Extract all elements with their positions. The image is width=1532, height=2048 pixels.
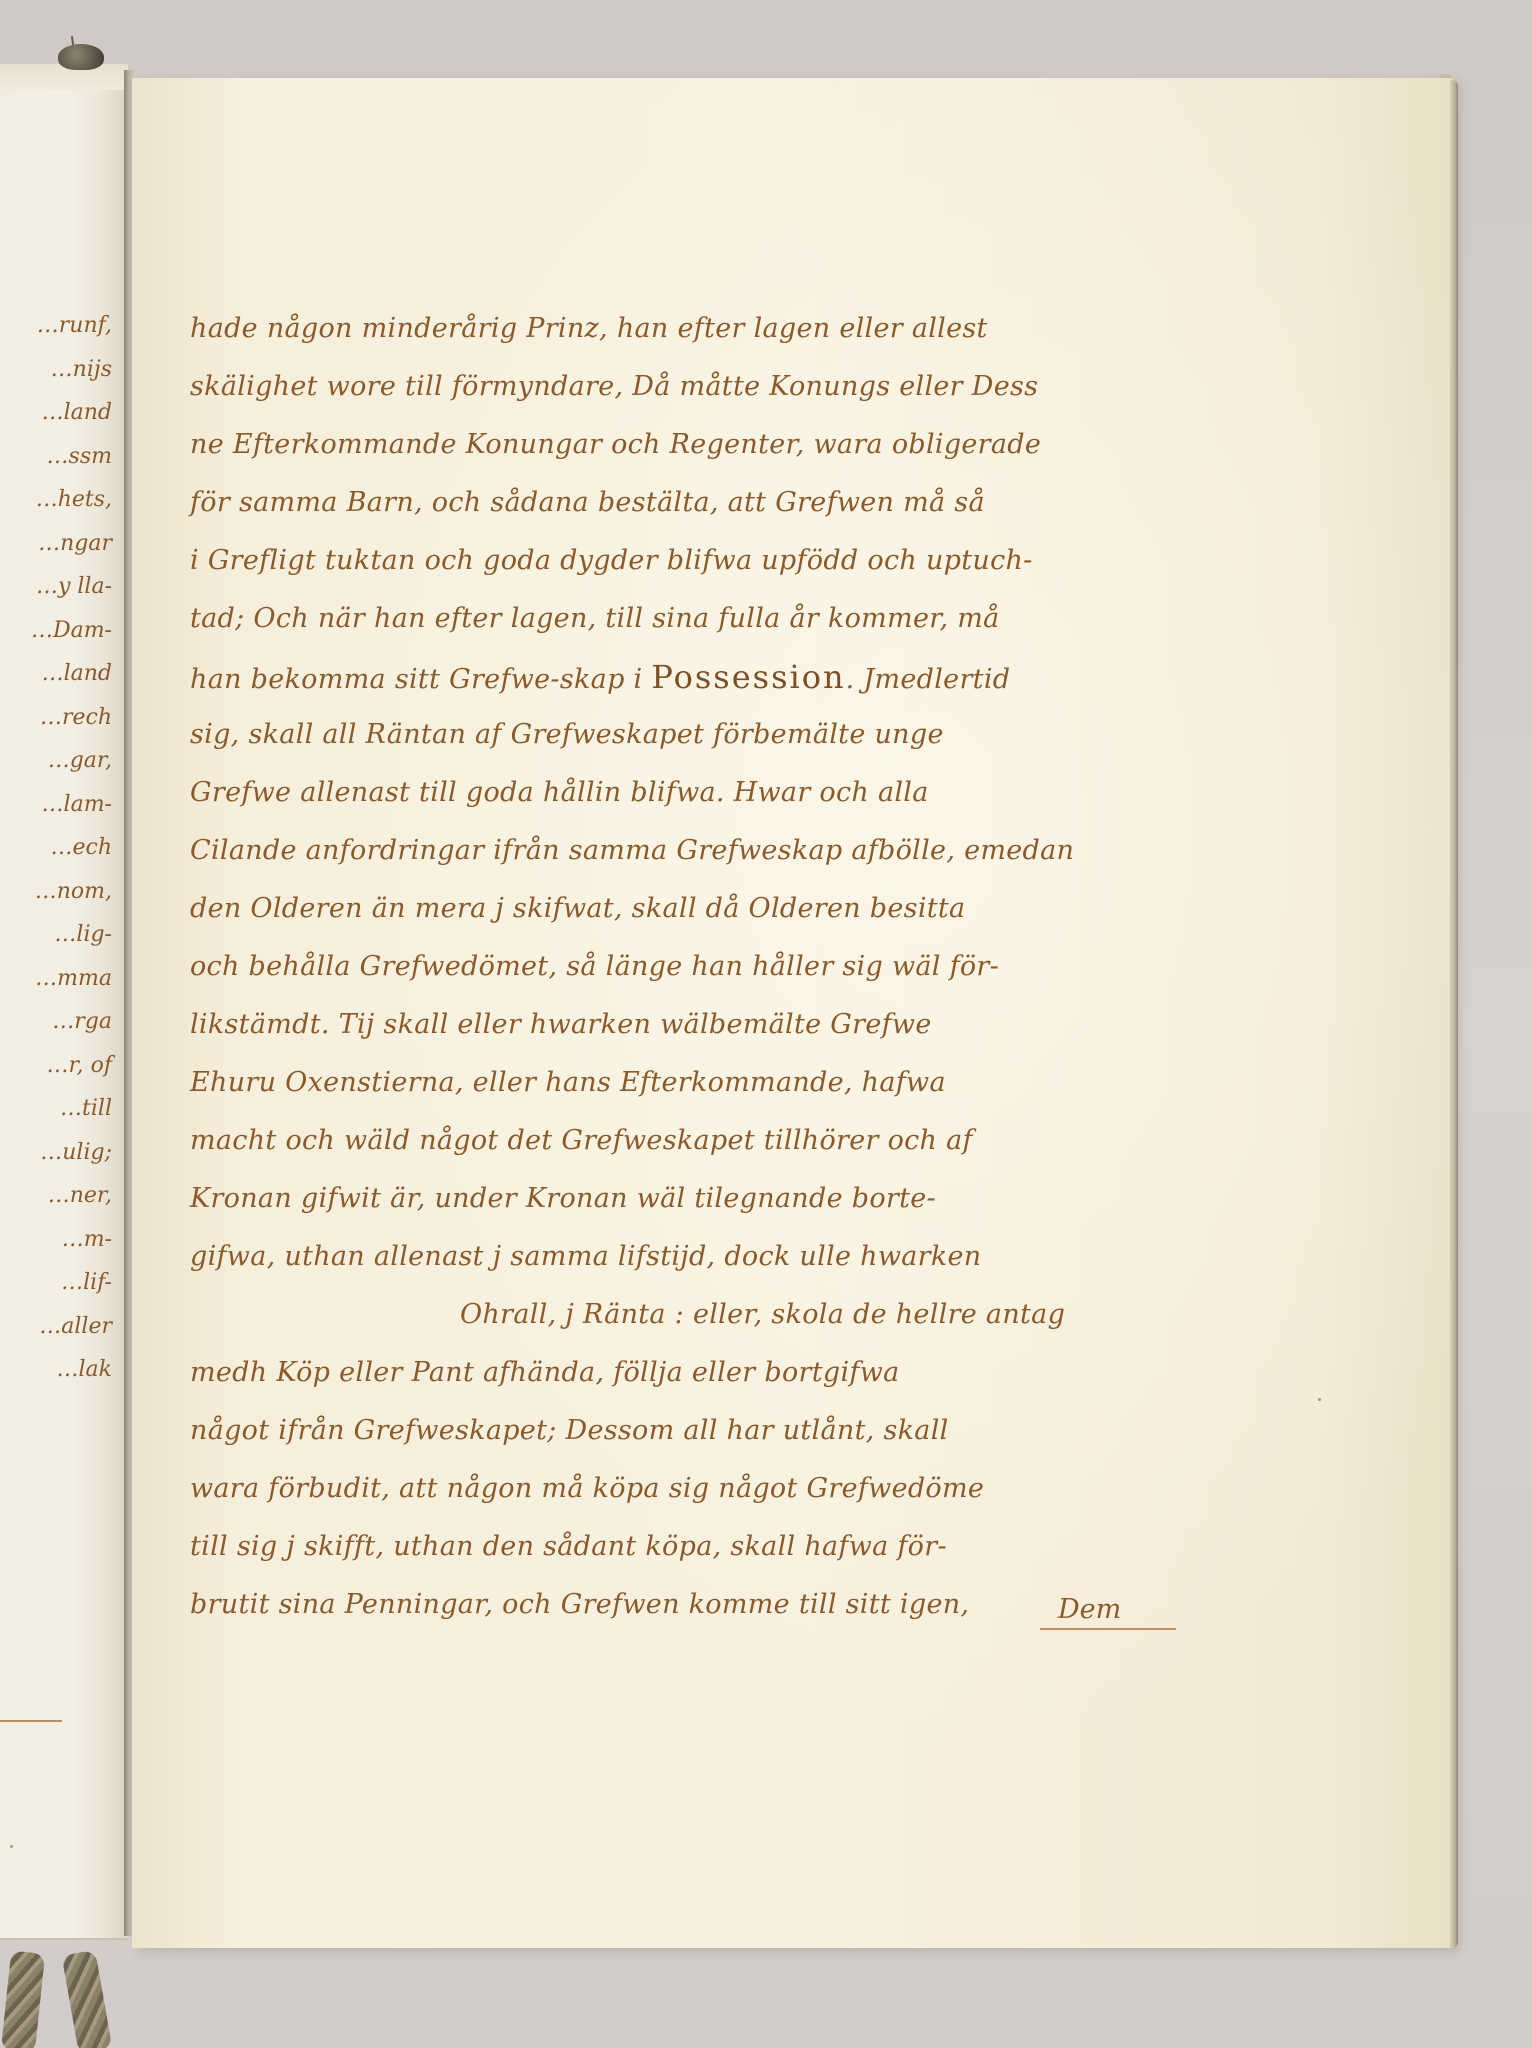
margin-fragment: …lak — [0, 1348, 118, 1392]
left-page-margin-text: …runf,…nijs…land…ssm…hets,…ngar…y lla-…D… — [0, 304, 118, 1392]
manuscript-line: wara förbudit, att någon må köpa sig någ… — [190, 1460, 1190, 1518]
margin-fragment: …land — [0, 391, 118, 435]
manuscript-line: brutit sina Penningar, och Grefwen komme… — [190, 1576, 1190, 1634]
margin-fragment: …rga — [0, 1000, 118, 1044]
margin-fragment: …rech — [0, 696, 118, 740]
manuscript-line: medh Köp eller Pant afhända, föllja elle… — [190, 1344, 1190, 1402]
catchword-rule — [1040, 1628, 1176, 1630]
margin-fragment: …land — [0, 652, 118, 696]
left-page-closing-rule — [0, 1720, 62, 1722]
manuscript-line: Kronan gifwit är, under Kronan wäl tileg… — [190, 1170, 1190, 1228]
manuscript-text-block: hade någon minderårig Prinz, han efter l… — [190, 300, 1190, 1634]
manuscript-line: något ifrån Grefweskapet; Dessom all har… — [190, 1402, 1190, 1460]
margin-fragment: …nijs — [0, 348, 118, 392]
margin-fragment: …y lla- — [0, 565, 118, 609]
margin-fragment: …ner, — [0, 1174, 118, 1218]
latin-script-word: Possession — [651, 658, 845, 696]
manuscript-line: ne Efterkommande Konungar och Regenter, … — [190, 416, 1190, 474]
left-page: …runf,…nijs…land…ssm…hets,…ngar…y lla-…D… — [0, 68, 128, 1940]
manuscript-line: den Olderen än mera j skifwat, skall då … — [190, 880, 1190, 938]
manuscript-line: Ehuru Oxenstierna, eller hans Efterkomma… — [190, 1054, 1190, 1112]
margin-fragment: …ech — [0, 826, 118, 870]
page-fore-edge — [1450, 80, 1458, 1948]
left-page-top-edge — [0, 64, 128, 90]
manuscript-line: Cilande anfordringar ifrån samma Grefwes… — [190, 822, 1190, 880]
manuscript-line: macht och wäld något det Grefweskapet ti… — [190, 1112, 1190, 1170]
catchword: Dem — [1058, 1594, 1121, 1625]
margin-fragment: …lig- — [0, 913, 118, 957]
manuscript-line: skälighet wore till förmyndare, Då måtte… — [190, 358, 1190, 416]
margin-fragment: …gar, — [0, 739, 118, 783]
margin-fragment: …lam- — [0, 783, 118, 827]
manuscript-line: sig, skall all Räntan af Grefweskapet fö… — [190, 706, 1190, 764]
manuscript-line: för samma Barn, och sådana bestälta, att… — [190, 474, 1190, 532]
margin-fragment: …lif- — [0, 1261, 118, 1305]
manuscript-line: Grefwe allenast till goda hållin blifwa.… — [190, 764, 1190, 822]
ink-speck — [1318, 1398, 1321, 1401]
manuscript-line: han bekomma sitt Grefwe-skap i Possessio… — [190, 648, 1190, 706]
manuscript-line: gifwa, uthan allenast j samma lifstijd, … — [190, 1228, 1190, 1286]
manuscript-line: tad; Och när han efter lagen, till sina … — [190, 590, 1190, 648]
manuscript-line: likstämdt. Tij skall eller hwarken wälbe… — [190, 996, 1190, 1054]
margin-fragment: …nom, — [0, 870, 118, 914]
manuscript-line: och behålla Grefwedömet, så länge han hå… — [190, 938, 1190, 996]
margin-fragment: …m- — [0, 1218, 118, 1262]
margin-fragment: …ngar — [0, 522, 118, 566]
margin-fragment: …mma — [0, 957, 118, 1001]
manuscript-line: i Grefligt tuktan och goda dygder blifwa… — [190, 532, 1190, 590]
margin-fragment: …hets, — [0, 478, 118, 522]
margin-fragment: …ulig; — [0, 1131, 118, 1175]
margin-fragment: …ssm — [0, 435, 118, 479]
manuscript-line: till sig j skifft, uthan den sådant köpa… — [190, 1518, 1190, 1576]
manuscript-line: Ohrall, j Ränta : eller, skola de hellre… — [190, 1286, 1190, 1344]
margin-fragment: …till — [0, 1087, 118, 1131]
binding-knot — [58, 44, 104, 70]
ink-speck — [10, 1845, 13, 1848]
margin-fragment: …Dam- — [0, 609, 118, 653]
manuscript-line: hade någon minderårig Prinz, han efter l… — [190, 300, 1190, 358]
margin-fragment: …runf, — [0, 304, 118, 348]
margin-fragment: …aller — [0, 1305, 118, 1349]
margin-fragment: …r, of — [0, 1044, 118, 1088]
